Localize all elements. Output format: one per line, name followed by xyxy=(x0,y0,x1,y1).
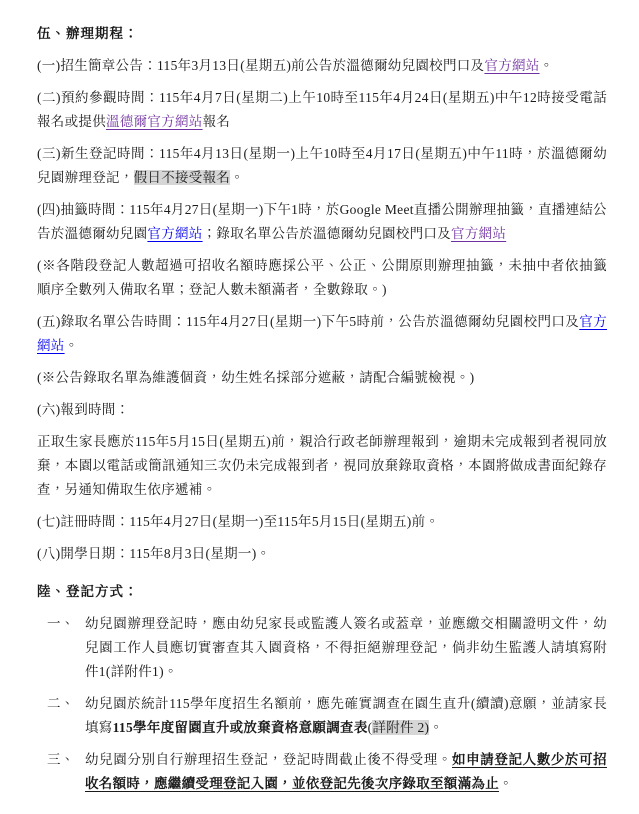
wendell-official-website-link[interactable]: 溫德爾官方網站 xyxy=(106,114,203,129)
item-marker: 三、 xyxy=(47,748,85,796)
section-heading: 陸、登記方式： xyxy=(37,580,607,604)
paragraph: (七)註冊時間：115年4月27日(星期一)至115年5月15日(星期五)前。 xyxy=(37,510,607,534)
text-segment: 。 xyxy=(65,338,79,353)
paragraph: (六)報到時間： xyxy=(37,398,607,422)
text-segment: 。 xyxy=(429,720,443,735)
document-page: 伍、辦理期程：(一)招生簡章公告：115年3月13日(星期五)前公告於溫德爾幼兒… xyxy=(0,0,639,814)
text-segment: (※公告錄取名單為維護個資，幼生姓名採部分遮蔽，請配合編號檢視。) xyxy=(37,370,474,385)
no-holiday-registration-highlight: 假日不接受報名 xyxy=(134,170,231,185)
paragraph: (二)預約參觀時間：115年4月7日(星期二)上午10時至115年4月24日(星… xyxy=(37,86,607,134)
document-body: 伍、辦理期程：(一)招生簡章公告：115年3月13日(星期五)前公告於溫德爾幼兒… xyxy=(37,22,607,796)
text-segment: 正取生家長應於115年5月15日(星期五)前，親洽行政老師辦理報到，逾期未完成報… xyxy=(37,434,607,497)
paragraph: (五)錄取名單公告時間：115年4月27日(星期一)下午5時前，公告於溫德爾幼兒… xyxy=(37,310,607,358)
paragraph: (※各階段登記人數超過可招收名額時應採公平、公正、公開原則辦理抽籤，未抽中者依抽… xyxy=(37,254,607,302)
item-body: 幼兒園辦理登記時，應由幼兒家長或監護人簽名或蓋章，並應繳交相關證明文件，幼兒園工… xyxy=(85,612,607,684)
item-body: 幼兒園分別自行辦理招生登記，登記時間截止後不得受理。如申請登記人數少於可招收名額… xyxy=(85,748,607,796)
text-segment: 幼兒園分別自行辦理招生登記，登記時間截止後不得受理。 xyxy=(85,752,452,767)
attachment-2-highlight: 詳附件 2) xyxy=(372,720,429,735)
paragraph: (一)招生簡章公告：115年3月13日(星期五)前公告於溫德爾幼兒園校門口及官方… xyxy=(37,54,607,78)
item-marker: 二、 xyxy=(47,692,85,740)
text-segment: 。 xyxy=(230,170,244,185)
survey-form-name: 115學年度留園直升或放棄資格意願調查表 xyxy=(113,720,368,735)
paragraph: (※公告錄取名單為維護個資，幼生姓名採部分遮蔽，請配合編號檢視。) xyxy=(37,366,607,390)
text-segment: 報名 xyxy=(203,114,231,129)
paragraph: (三)新生登記時間：115年4月13日(星期一)上午10時至4月17日(星期五)… xyxy=(37,142,607,190)
text-segment: (八)開學日期：115年8月3日(星期一)。 xyxy=(37,546,270,561)
paragraph: (八)開學日期：115年8月3日(星期一)。 xyxy=(37,542,607,566)
text-segment: (三)新生登記時間：115年4月13日(星期一)上午10時至4月17日(星期五)… xyxy=(37,146,607,185)
official-website-link[interactable]: 官方網站 xyxy=(451,226,506,241)
text-segment: 幼兒園辦理登記時，應由幼兒家長或監護人簽名或蓋章，並應繳交相關證明文件，幼兒園工… xyxy=(85,616,607,679)
text-segment: (一)招生簡章公告：115年3月13日(星期五)前公告於溫德爾幼兒園校門口及 xyxy=(37,58,484,73)
item-marker: 一、 xyxy=(47,612,85,684)
section-heading: 伍、辦理期程： xyxy=(37,22,607,46)
numbered-item: 二、幼兒園於統計115學年度招生名額前，應先確實調查在園生直升(續讀)意願，並請… xyxy=(47,692,607,740)
paragraph: 正取生家長應於115年5月15日(星期五)前，親洽行政老師辦理報到，逾期未完成報… xyxy=(37,430,607,502)
text-segment: (五)錄取名單公告時間：115年4月27日(星期一)下午5時前，公告於溫德爾幼兒… xyxy=(37,314,579,329)
text-segment: 。 xyxy=(499,776,513,791)
text-segment: ；錄取名單公告於溫德爾幼兒園校門口及 xyxy=(203,226,451,241)
official-website-link[interactable]: 官方網站 xyxy=(484,58,539,73)
paragraph: (四)抽籤時間：115年4月27日(星期一)下午1時，於Google Meet直… xyxy=(37,198,607,246)
text-segment: (※各階段登記人數超過可招收名額時應採公平、公正、公開原則辦理抽籤，未抽中者依抽… xyxy=(37,258,607,297)
text-segment: 。 xyxy=(540,58,554,73)
text-segment: (六)報到時間： xyxy=(37,402,129,417)
item-body: 幼兒園於統計115學年度招生名額前，應先確實調查在園生直升(續讀)意願，並請家長… xyxy=(85,692,607,740)
official-website-link[interactable]: 官方網站 xyxy=(147,226,202,241)
numbered-item: 一、幼兒園辦理登記時，應由幼兒家長或監護人簽名或蓋章，並應繳交相關證明文件，幼兒… xyxy=(47,612,607,684)
text-segment: (七)註冊時間：115年4月27日(星期一)至115年5月15日(星期五)前。 xyxy=(37,514,439,529)
numbered-item: 三、幼兒園分別自行辦理招生登記，登記時間截止後不得受理。如申請登記人數少於可招收… xyxy=(47,748,607,796)
